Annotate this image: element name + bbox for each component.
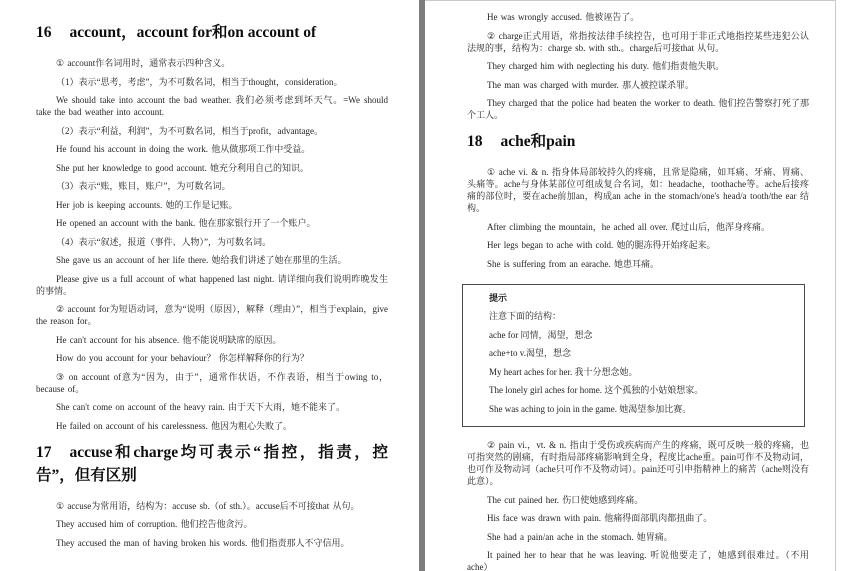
paragraph: ② account for为短语动词，意为“说明（原因），解释（理由）”，相当于… <box>36 303 388 327</box>
hint-line: ache for 同情，渴望，想念 <box>489 329 786 341</box>
section-16-number: 16 <box>36 24 52 41</box>
hint-box: 提示 注意下面的结构： ache for 同情，渴望，想念 ache+to v.… <box>462 284 805 428</box>
hint-box-title: 提示 <box>489 292 786 304</box>
right-page: He was wrongly accused. 他被诬告了。 ② charge正… <box>425 0 836 571</box>
example-sentence: She gave us an account of her life there… <box>36 254 388 266</box>
example-sentence: He opened an account with the bank. 他在那家… <box>36 217 388 229</box>
paragraph: ③ on account of意为“因为，由于”，通常作状语，不作表语，相当于o… <box>36 371 388 395</box>
example-sentence: They accused him of corruption. 他们控告他贪污。 <box>36 518 388 530</box>
example-sentence: He was wrongly accused. 他被诬告了。 <box>467 11 809 23</box>
section-17-number: 17 <box>36 444 52 461</box>
section-18-title: ache和pain <box>501 133 576 150</box>
example-sentence: She can't come on account of the heavy r… <box>36 401 388 413</box>
example-sentence: Please give us a full account of what ha… <box>36 273 388 297</box>
section-18-number: 18 <box>467 133 483 150</box>
paragraph: ② charge正式用语，常指按法律手续控告，也可用于非正式地指控某些违犯公认法… <box>467 30 809 54</box>
example-sentence: They accused the man of having broken hi… <box>36 537 388 549</box>
right-page-margin-edge <box>836 0 843 571</box>
section-16-title: account，account for和on account of <box>70 24 317 41</box>
hint-line: My heart aches for her. 我十分想念她。 <box>489 366 786 378</box>
example-sentence: They charged him with neglecting his dut… <box>467 60 809 72</box>
section-17-title: accuse和charge均可表示“指控，指责，控告”，但有区别 <box>36 444 388 484</box>
hint-line: She was aching to join in the game. 她渴望参… <box>489 403 786 415</box>
paragraph: ① account作名词用时，通常表示四种含义。 <box>36 57 388 69</box>
example-sentence: He failed on account of his carelessness… <box>36 420 388 432</box>
example-sentence: She had a pain/an ache in the stomach. 她… <box>467 531 809 543</box>
paragraph: （1）表示“思考，考虑”，为不可数名词，相当于thought，considera… <box>36 76 388 88</box>
hint-line: ache+to v.渴望，想念 <box>489 347 786 359</box>
example-sentence: The cut pained her. 伤口使她感到疼痛。 <box>467 494 809 506</box>
paragraph: （4）表示“叙述，报道（事件、人物）”，为可数名词。 <box>36 236 388 248</box>
left-page: 16account，account for和on account of ① ac… <box>0 0 419 571</box>
paragraph: （3）表示“账，账目，账户”，为可数名词。 <box>36 180 388 192</box>
section-18-heading: 18ache和pain <box>467 130 809 153</box>
example-sentence: How do you account for your behaviour？ 你… <box>36 352 388 364</box>
example-sentence: It pained her to hear that he was leavin… <box>467 549 809 571</box>
example-sentence: Her job is keeping accounts. 她的工作是记账。 <box>36 199 388 211</box>
example-sentence: After climbing the mountain，he ached all… <box>467 221 809 233</box>
book-spread: 16account，account for和on account of ① ac… <box>0 0 844 571</box>
paragraph: ② pain vi.，vt. & n. 指由于受伤或疾病而产生的疼痛，既可反映一… <box>467 439 809 487</box>
section-16-heading: 16account，account for和on account of <box>36 21 388 44</box>
paragraph: ① accuse为常用语，结构为：accuse sb.（of sth.）。acc… <box>36 500 388 512</box>
paragraph: （2）表示“利益，利润”，为不可数名词，相当于profit，advantage。 <box>36 125 388 137</box>
paragraph: ① ache vi. & n. 指身体局部较持久的疼痛，且常是隐痛，如耳痛、牙痛… <box>467 166 809 214</box>
example-sentence: His face was drawn with pain. 他痛得面部肌肉都扭曲… <box>467 512 809 524</box>
example-sentence: She put her knowledge to good account. 她… <box>36 162 388 174</box>
example-sentence: They charged that the police had beaten … <box>467 97 809 121</box>
example-sentence: He can't account for his absence. 他不能说明缺… <box>36 334 388 346</box>
hint-line: The lonely girl aches for home. 这个孤独的小姑娘… <box>489 384 786 396</box>
example-sentence: We should take into account the bad weat… <box>36 94 388 118</box>
example-sentence: She is suffering from an earache. 她患耳痛。 <box>467 258 809 270</box>
hint-line: 注意下面的结构： <box>489 310 786 322</box>
example-sentence: He found his account in doing the work. … <box>36 143 388 155</box>
section-17-heading: 17accuse和charge均可表示“指控，指责，控告”，但有区别 <box>36 441 388 487</box>
example-sentence: Her legs began to ache with cold. 她的腿冻得开… <box>467 239 809 251</box>
example-sentence: The man was charged with murder. 那人被控谋杀罪… <box>467 79 809 91</box>
